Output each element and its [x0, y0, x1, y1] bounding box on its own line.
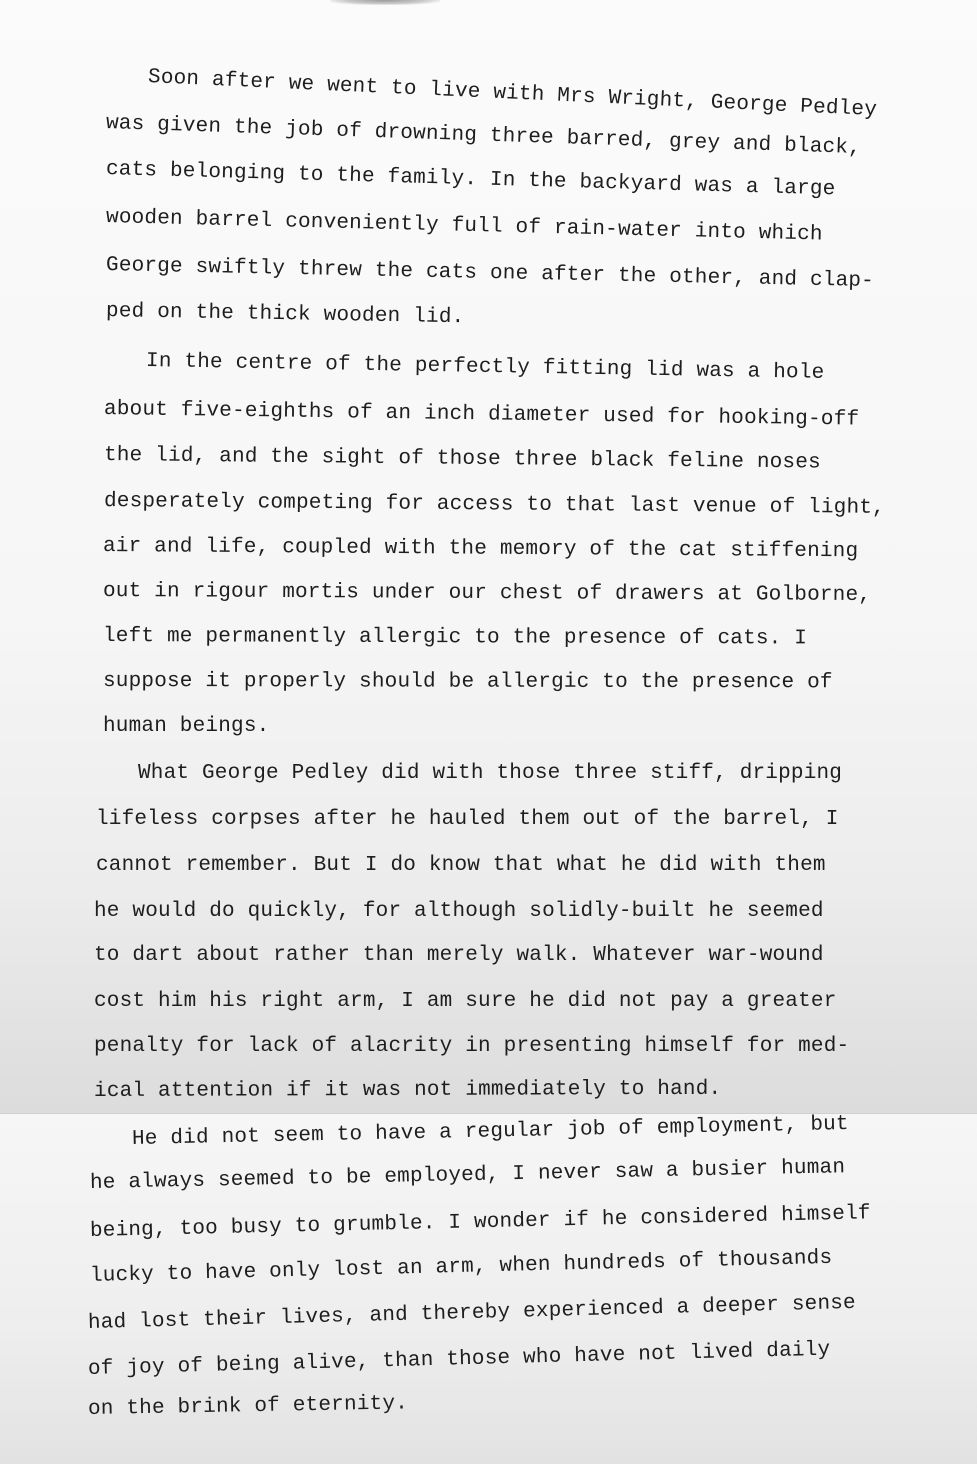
text-line: penalty for lack of alacrity in presenti… [94, 1035, 849, 1058]
text-line: he would do quickly, for although solidl… [94, 900, 824, 923]
text-line: cost him his right arm, I am sure he did… [94, 990, 837, 1013]
text-line: suppose it properly should be allergic t… [103, 670, 833, 694]
text-line: to dart about rather than merely walk. W… [94, 944, 824, 967]
text-line: What George Pedley did with those three … [138, 762, 842, 785]
text-line: lifeless corpses after he hauled them ou… [96, 808, 839, 831]
text-line: human beings. [103, 715, 269, 738]
text-line: left me permanently allergic to the pres… [103, 625, 807, 650]
text-line: out in rigour mortis under our chest of … [103, 580, 871, 607]
text-line: cannot remember. But I do know that what… [96, 854, 826, 877]
text-line: ical attention if it was not immediately… [94, 1078, 721, 1103]
binding-shadow [330, 0, 440, 5]
